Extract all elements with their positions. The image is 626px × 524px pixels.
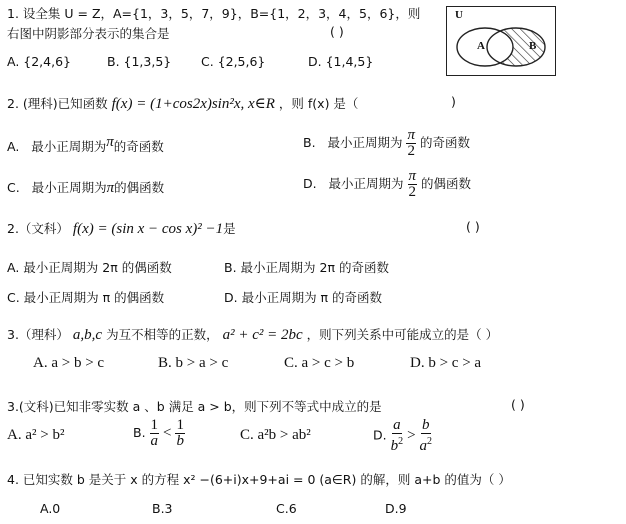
pi-symbol: π: [106, 134, 114, 150]
q2-li-option-a: A. 最小正周期为π的奇函数: [7, 137, 164, 156]
q3-wen-option-a: A. a² > b²: [7, 427, 64, 444]
option-label: B.: [303, 135, 316, 150]
q3-li-option-c: C. a > c > b: [284, 355, 354, 372]
option-label: D.: [303, 176, 317, 191]
option-label: B.: [133, 425, 146, 440]
q1-option-b: B. {1,3,5}: [107, 54, 171, 69]
q2-li-suffix: ，则 f(x) 是（: [279, 96, 359, 111]
q2-li-stem: 2. (理科)已知函数 f(x) = (1+cos2x)sin²x, x∈R ，…: [7, 94, 358, 113]
q3-li-prefix: 3.（理科）: [7, 327, 69, 342]
q1-line2: 右图中阴影部分表示的集合是: [7, 24, 170, 42]
q2-wen-prefix: 2.（文科）: [7, 221, 69, 236]
venn-diagram: U A B: [446, 6, 556, 76]
q2-li-formula: f(x) = (1+cos2x)sin²x, x∈R: [112, 96, 275, 112]
q4-option-a: A.0: [40, 501, 60, 516]
option-text: 的奇函数: [114, 139, 164, 154]
q2-wen-option-d: D. 最小正周期为 π 的奇函数: [224, 288, 382, 306]
q2-li-prefix: 2. (理科)已知函数: [7, 96, 108, 111]
venn-diagram-icon: [447, 7, 555, 75]
q2-wen-bracket: ( ): [466, 219, 480, 234]
q3-wen-option-b: B. 1a < 1b: [133, 418, 185, 449]
q3-li-option-b: B. b > a > c: [158, 355, 228, 372]
q2-wen-option-c: C. 最小正周期为 π 的偶函数: [7, 288, 164, 306]
option-text: 的偶函数: [114, 180, 164, 195]
option-text: 最小正周期为: [31, 139, 106, 154]
q3-wen-stem: 3.(文科)已知非零实数 a 、b 满足 a > b，则下列不等式中成立的是: [7, 397, 382, 415]
q3-li-mid: 为互不相等的正数，: [106, 327, 219, 342]
q4-stem: 4. 已知实数 b 是关于 x 的方程 x² −(6+i)x+9+ai = 0 …: [7, 470, 511, 488]
fraction-pi-over-2: π2: [406, 128, 416, 159]
fraction-pi-over-2: π2: [408, 169, 418, 200]
venn-label-a: A: [477, 40, 485, 52]
q4-option-d: D.9: [385, 501, 407, 516]
option-text: 最小正周期为: [32, 180, 107, 195]
q1-answer-bracket: ( ): [330, 24, 344, 39]
option-text: 的奇函数: [420, 135, 470, 150]
q2-li-option-d: D. 最小正周期为 π2 的偶函数: [303, 169, 471, 200]
q2-wen-stem: 2.（文科） f(x) = (sin x − cos x)² −1是: [7, 219, 236, 238]
q1-option-d: D. {1,4,5}: [308, 54, 373, 69]
q4-option-c: C.6: [276, 501, 297, 516]
q3-li-vars: a,b,c: [73, 327, 102, 343]
q3-wen-bracket: ( ): [511, 397, 525, 412]
option-label: A.: [7, 139, 19, 154]
q3-li-suffix: ，则下列关系中可能成立的是（ ）: [307, 327, 498, 342]
q2-li-option-c: C. 最小正周期为π的偶函数: [7, 178, 164, 197]
q2-li-bracket-close: ): [451, 94, 456, 109]
q3-li-stem: 3.（理科） a,b,c 为互不相等的正数， a² + c² = 2bc ，则下…: [7, 325, 498, 344]
q3-wen-option-c: C. a²b > ab²: [240, 427, 311, 444]
option-label: D.: [373, 428, 387, 443]
venn-label-b: B: [529, 40, 536, 52]
venn-label-u: U: [455, 9, 463, 21]
q1-line1: 1. 设全集 U = Z，A={1，3，5，7，9}，B={1，2，3，4，5，…: [7, 4, 420, 22]
option-text: 最小正周期为: [329, 176, 404, 191]
q3-li-option-a: A. a > b > c: [33, 355, 104, 372]
q2-li-option-b: B. 最小正周期为 π2 的奇函数: [303, 128, 470, 159]
q3-wen-option-d: D. ab2 > ba2: [373, 418, 432, 454]
option-label: C.: [7, 180, 20, 195]
option-text: 最小正周期为: [327, 135, 402, 150]
q1-option-a: A. {2,4,6}: [7, 54, 71, 69]
q4-option-b: B.3: [152, 501, 173, 516]
q3-li-formula: a² + c² = 2bc: [223, 327, 303, 343]
q3-li-option-d: D. b > c > a: [410, 355, 481, 372]
q2-wen-suffix: 是: [223, 221, 236, 236]
q1-option-c: C. {2,5,6}: [201, 54, 265, 69]
q2-wen-option-b: B. 最小正周期为 2π 的奇函数: [224, 258, 389, 276]
q2-wen-option-a: A. 最小正周期为 2π 的偶函数: [7, 258, 172, 276]
q2-wen-formula: f(x) = (sin x − cos x)² −1: [73, 221, 223, 237]
option-text: 的偶函数: [421, 176, 471, 191]
